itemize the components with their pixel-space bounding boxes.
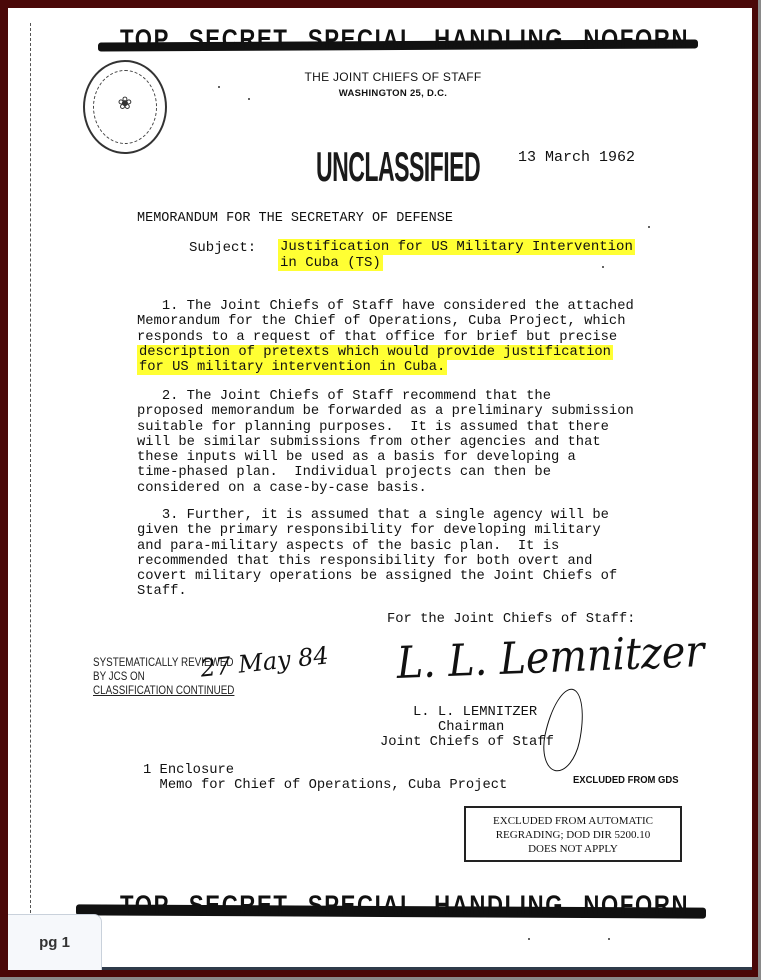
scan-speck	[608, 938, 610, 940]
scan-speck	[648, 226, 650, 228]
page-indicator-tab[interactable]: pg 1	[8, 914, 102, 970]
document-page: TOP SECRET SPECIAL HANDLING NOFORN ❀ THE…	[8, 8, 752, 970]
review-stamp-line: CLASSIFICATION CONTINUED	[93, 683, 234, 697]
classification-banner-bottom: TOP SECRET SPECIAL HANDLING NOFORN	[120, 890, 689, 921]
subject-text: Justification for US Military Interventi…	[278, 239, 635, 271]
regrading-box: EXCLUDED FROM AUTOMATIC REGRADING; DOD D…	[464, 806, 682, 862]
unclassified-stamp: UNCLASSIFIED	[316, 143, 480, 191]
classification-banner-top: TOP SECRET SPECIAL HANDLING NOFORN	[120, 24, 689, 55]
excluded-gds-stamp: EXCLUDED FROM GDS	[573, 774, 679, 786]
enclosure-note: 1 Enclosure Memo for Chief of Operations…	[143, 763, 507, 793]
paragraph-1-highlight: description of pretexts which would prov…	[137, 345, 613, 360]
paragraph-1-text: 1. The Joint Chiefs of Staff have consid…	[137, 299, 634, 345]
viewer-bottom-rule	[8, 967, 752, 970]
paragraph-3: 3. Further, it is assumed that a single …	[137, 508, 697, 600]
subject-line-highlight: Justification for US Military Interventi…	[278, 239, 635, 255]
handwritten-signature: L. L. Lemnitzer	[396, 626, 705, 689]
viewer-frame: TOP SECRET SPECIAL HANDLING NOFORN ❀ THE…	[0, 0, 758, 977]
letterhead-organization: THE JOINT CHIEFS OF STAFF	[278, 70, 508, 84]
regrading-line: EXCLUDED FROM AUTOMATIC	[466, 814, 680, 828]
signatory-title: Chairman	[438, 720, 648, 735]
scan-speck	[218, 86, 220, 88]
dod-seal-icon: ❀	[83, 60, 167, 154]
memo-addressee: MEMORANDUM FOR THE SECRETARY OF DEFENSE	[137, 211, 453, 226]
letterhead-address: WASHINGTON 25, D.C.	[278, 88, 508, 99]
memo-date: 13 March 1962	[518, 149, 635, 166]
scan-speck	[528, 938, 530, 940]
margin-line	[30, 23, 32, 928]
paragraph-2: 2. The Joint Chiefs of Staff recommend t…	[137, 389, 697, 496]
paragraph-1: 1. The Joint Chiefs of Staff have consid…	[137, 299, 697, 375]
paragraph-1-highlight: for US military intervention in Cuba.	[137, 360, 447, 375]
review-handwritten-date: 27 May 84	[199, 641, 330, 682]
regrading-line: REGRADING; DOD DIR 5200.10	[466, 828, 680, 842]
subject-label: Subject:	[189, 240, 256, 256]
signatory-organization: Joint Chiefs of Staff	[380, 735, 590, 750]
scan-speck	[602, 266, 604, 268]
subject-line-highlight: in Cuba (TS)	[278, 255, 383, 271]
eagle-icon: ❀	[85, 90, 165, 116]
regrading-line: DOES NOT APPLY	[466, 842, 680, 856]
signature-preamble: For the Joint Chiefs of Staff:	[387, 612, 635, 627]
scan-speck	[248, 98, 250, 100]
signatory-name: L. L. LEMNITZER	[413, 705, 623, 720]
